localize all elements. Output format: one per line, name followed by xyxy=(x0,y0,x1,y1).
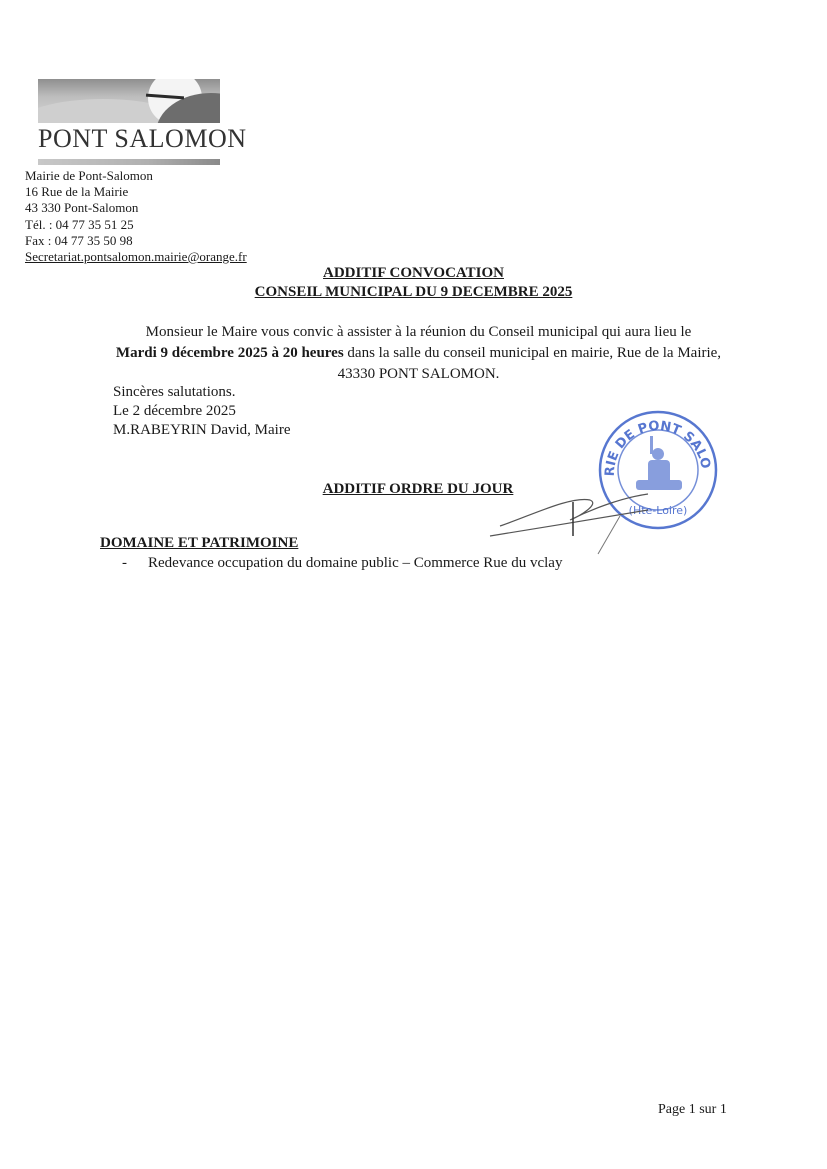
closing-greeting: Sincères salutations. xyxy=(113,383,290,402)
logo-strip xyxy=(38,159,220,165)
logo-landscape-image xyxy=(38,79,220,123)
page-number: Page 1 sur 1 xyxy=(658,1102,727,1118)
agenda-item: -Redevance occupation du domaine public … xyxy=(122,555,562,572)
closing-signatory: M.RABEYRIN David, Maire xyxy=(113,421,290,440)
address-line-name: Mairie de Pont-Salomon xyxy=(25,168,247,184)
closing-block: Sincères salutations. Le 2 décembre 2025… xyxy=(113,383,290,440)
address-email-link[interactable]: Secretariat.pontsalomon.mairie@orange.fr xyxy=(25,249,247,265)
logo-text: PONT SALOMON xyxy=(38,125,220,153)
convocation-title: ADDITIF CONVOCATION xyxy=(0,264,827,283)
convocation-intro: Monsieur le Maire vous convic à assister… xyxy=(100,322,737,385)
mairie-address-block: Mairie de Pont-Salomon 16 Rue de la Mair… xyxy=(25,168,247,265)
agenda-item-bullet: - xyxy=(122,555,148,572)
agenda-item-text: Redevance occupation du domaine public –… xyxy=(148,555,562,571)
pont-salomon-logo: PONT SALOMON xyxy=(38,79,220,165)
agenda-section-heading: DOMAINE ET PATRIMOINE xyxy=(100,535,298,552)
address-fax: Fax : 04 77 35 50 98 xyxy=(25,233,247,249)
intro-meeting-datetime: Mardi 9 décembre 2025 à 20 heures xyxy=(116,345,344,361)
address-line-street: 16 Rue de la Mairie xyxy=(25,184,247,200)
closing-date: Le 2 décembre 2025 xyxy=(113,402,290,421)
address-line-city: 43 330 Pont-Salomon xyxy=(25,200,247,216)
address-phone: Tél. : 04 77 35 51 25 xyxy=(25,217,247,233)
convocation-subtitle: CONSEIL MUNICIPAL DU 9 DECEMBRE 2025 xyxy=(0,283,827,302)
intro-text-part2: dans la salle du conseil municipal en ma… xyxy=(338,345,721,382)
mayor-signature xyxy=(470,476,650,556)
intro-text-part1: Monsieur le Maire vous convic à assister… xyxy=(146,324,692,340)
